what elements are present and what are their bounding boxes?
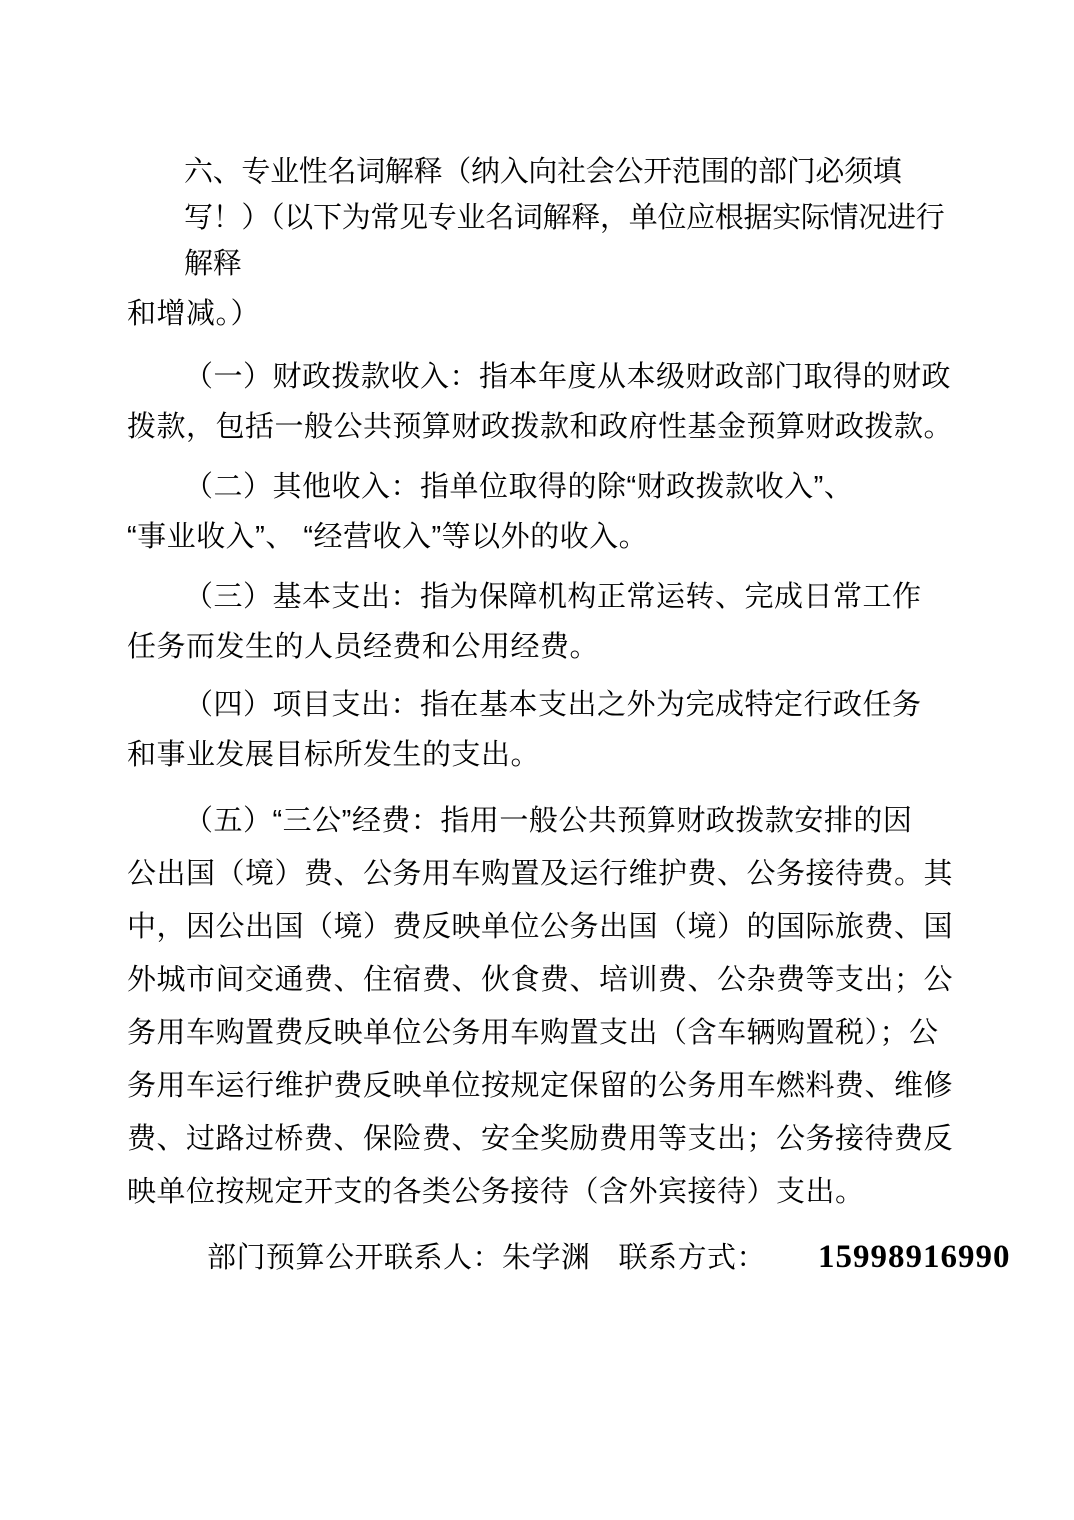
term-fiscal-appropriation-income: （一）财政拨款收入：指本年度从本级财政部门取得的财政拨款，包括一般公共预算财政拨… bbox=[127, 352, 964, 452]
term-project-expenditure: （四）项目支出：指在基本支出之外为完成特定行政任务和事业发展目标所发生的支出。 bbox=[127, 680, 964, 780]
section-heading-line-1: 六、专业性名词解释（纳入向社会公开范围的部门必须填 bbox=[127, 149, 964, 195]
term-fiscal-appropriation-income-line-2: 拨款，包括一般公共预算财政拨款和政府性基金预算财政拨款。 bbox=[127, 402, 964, 452]
term-three-public-funds-line-3: 中，因公出国（境）费反映单位公务出国（境）的国际旅费、国 bbox=[127, 901, 964, 954]
term-three-public-funds-line-2: 公出国（境）费、公务用车购置及运行维护费、公务接待费。其 bbox=[127, 848, 964, 901]
document-body: 六、专业性名词解释（纳入向社会公开范围的部门必须填写！）（以下为常见专业名词解释… bbox=[127, 149, 964, 1219]
term-basic-expenditure: （三）基本支出：指为保障机构正常运转、完成日常工作任务而发生的人员经费和公用经费… bbox=[127, 572, 964, 672]
term-three-public-funds-line-7: 费、过路过桥费、保险费、安全奖励费用等支出；公务接待费反 bbox=[127, 1113, 964, 1166]
contact-person-label: 部门预算公开联系人：朱学渊 bbox=[207, 1242, 591, 1274]
section-heading-tail-line-1: 和增减。） bbox=[127, 289, 964, 339]
term-three-public-funds-line-4: 外城市间交通费、住宿费、伙食费、培训费、公杂费等支出；公 bbox=[127, 954, 964, 1007]
term-three-public-funds-line-1: （五）“三公”经费：指用一般公共预算财政拨款安排的因 bbox=[127, 795, 964, 848]
contact-phone-number: 15998916990 bbox=[818, 1239, 1011, 1275]
contact-line: 部门预算公开联系人：朱学渊联系方式：15998916990 bbox=[127, 1232, 964, 1283]
term-fiscal-appropriation-income-line-1: （一）财政拨款收入：指本年度从本级财政部门取得的财政 bbox=[127, 352, 964, 402]
term-project-expenditure-line-1: （四）项目支出：指在基本支出之外为完成特定行政任务 bbox=[127, 680, 964, 730]
section-heading-line-2: 写！）（以下为常见专业名词解释，单位应根据实际情况进行 bbox=[127, 195, 964, 241]
term-three-public-funds-line-8: 映单位按规定开支的各类公务接待（含外宾接待）支出。 bbox=[127, 1166, 964, 1219]
section-heading: 六、专业性名词解释（纳入向社会公开范围的部门必须填写！）（以下为常见专业名词解释… bbox=[127, 149, 964, 287]
term-basic-expenditure-line-2: 任务而发生的人员经费和公用经费。 bbox=[127, 622, 964, 672]
term-other-income-line-2: “事业收入”、 “经营收入”等以外的收入。 bbox=[127, 512, 964, 562]
document-page: 六、专业性名词解释（纳入向社会公开范围的部门必须填写！）（以下为常见专业名词解释… bbox=[0, 0, 1074, 1520]
term-other-income: （二）其他收入：指单位取得的除“财政拨款收入”、“事业收入”、 “经营收入”等以… bbox=[127, 462, 964, 562]
term-three-public-funds-line-5: 务用车购置费反映单位公务用车购置支出（含车辆购置税）；公 bbox=[127, 1007, 964, 1060]
term-basic-expenditure-line-1: （三）基本支出：指为保障机构正常运转、完成日常工作 bbox=[127, 572, 964, 622]
term-other-income-line-1: （二）其他收入：指单位取得的除“财政拨款收入”、 bbox=[127, 462, 964, 512]
section-heading-tail: 和增减。） bbox=[127, 289, 964, 339]
term-project-expenditure-line-2: 和事业发展目标所发生的支出。 bbox=[127, 730, 964, 780]
term-three-public-funds: （五）“三公”经费：指用一般公共预算财政拨款安排的因公出国（境）费、公务用车购置… bbox=[127, 795, 964, 1219]
contact-method-label: 联系方式： bbox=[619, 1242, 767, 1274]
section-heading-line-3: 解释 bbox=[127, 241, 964, 287]
term-three-public-funds-line-6: 务用车运行维护费反映单位按规定保留的公务用车燃料费、维修 bbox=[127, 1060, 964, 1113]
